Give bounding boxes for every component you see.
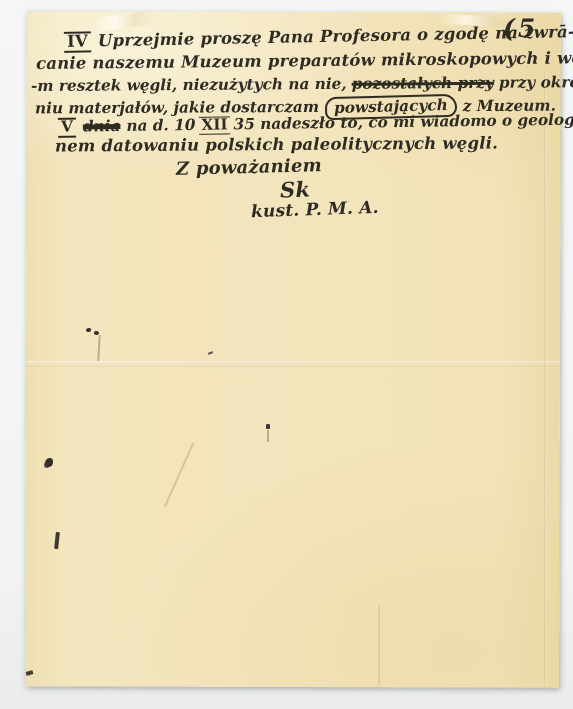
iv-line3-text-a: -m resztek węgli, niezużytych na nie, [31,75,347,95]
right-edge-crease [544,70,547,685]
center-speck-mark [266,424,270,429]
struck-out-words: pozostałych przy [352,74,494,93]
roman-numeral-v: V [58,118,76,138]
v-line1-text-a: na d. 10 [126,116,195,135]
roman-numeral-iv: IV [64,31,91,52]
paragraph-v-line2: nem datowaniu polskich paleolitycznych w… [55,133,498,155]
signature-initials: Sk [280,176,311,202]
speck-tail-smudge [267,430,269,442]
iv-line3-text-b: przy określa- [499,73,573,92]
paragraph-iv-line3: -m resztek węgli, niezużytych na nie,poz… [31,73,573,95]
v-line1-text-b: 35 nadeszło to, co mi wiadomo o geologic… [233,110,573,133]
ink-dot-mark [86,328,91,332]
bottom-center-crease [378,606,380,686]
horizontal-fold-crease [26,361,560,367]
roman-numeral-xii: XII [199,116,229,134]
scan-background: { "colors": { "background": "#f3f5f4", "… [0,0,573,709]
ink-blot-mark [45,458,53,467]
signature-initials-text: Sk [280,176,311,202]
scribbled-word: dnia [83,117,121,136]
v-line2-text: nem datowaniu polskich paleolitycznych w… [55,133,498,155]
